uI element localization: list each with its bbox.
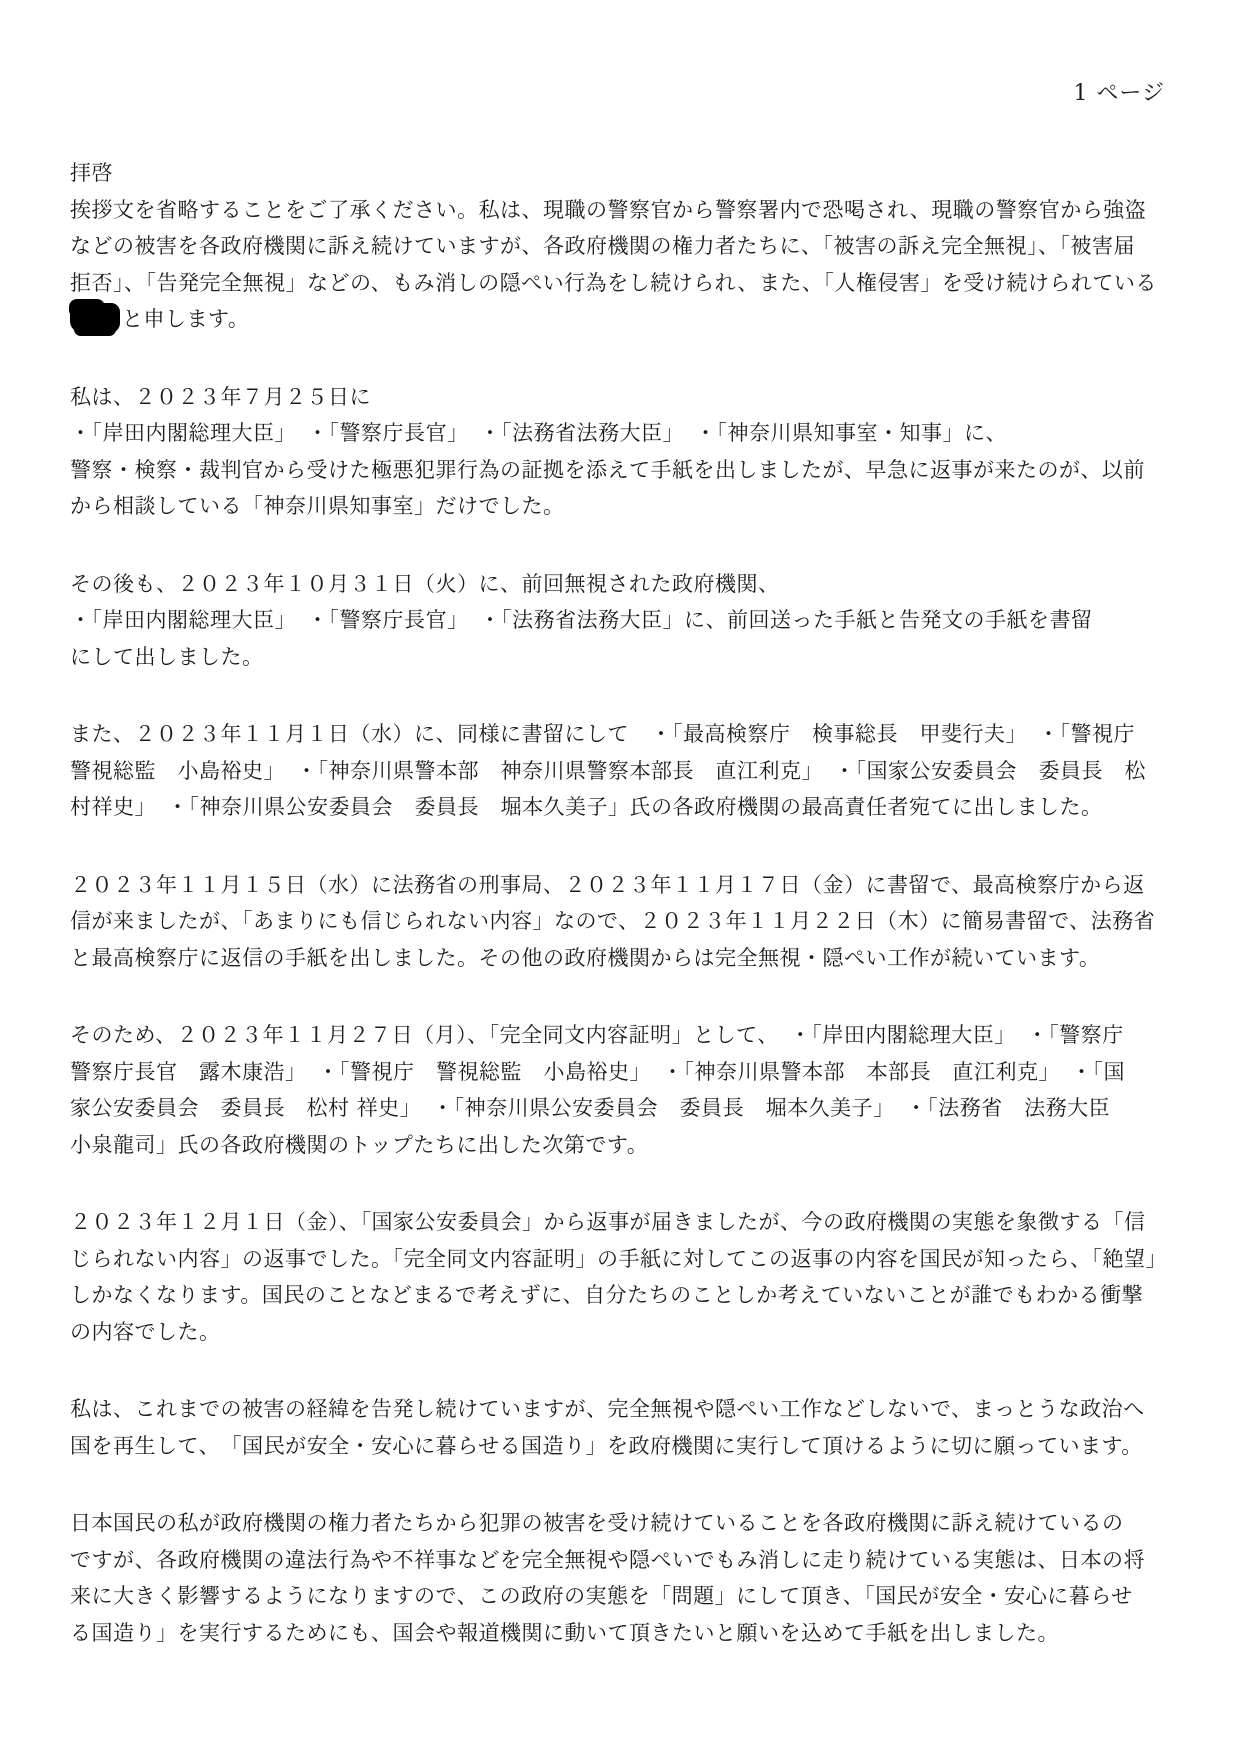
paragraph-appeal-to-diet-and-media: 日本国民の私が政府機関の権力者たちから犯罪の被害を受け続けていることを各政府機関…: [70, 1505, 1172, 1651]
intro-closing: と申します。: [122, 307, 249, 331]
letter-body: 拝啓 挨拶文を省略することをご了承ください。私は、現職の警察官から警察署内で恐喝…: [70, 155, 1172, 1692]
intro-paragraph: 挨拶文を省略することをご了承ください。私は、現職の警察官から警察署内で恐喝され、…: [70, 192, 1172, 338]
paragraph-first-mailing: 私は、２０２３年７月２５日に ・「岸田内閣総理大臣」 ・「警察庁長官」 ・「法務…: [70, 379, 1172, 525]
paragraph-second-mailing: その後も、２０２３年１０月３１日（火）に、前回無視された政府機関、 ・「岸田内閣…: [70, 566, 1172, 676]
page-number: 1 ページ: [1073, 76, 1165, 107]
paragraph-npsc-reply: ２０２３年１２月１日（金）、「国家公安委員会」から返事が届きましたが、今の政府機…: [70, 1204, 1172, 1350]
paragraph-registered-mail-addressees: また、２０２３年１１月１日（水）に、同様に書留にして ・「最高検察庁 検事総長 …: [70, 716, 1172, 826]
redacted-name-marker: [70, 303, 120, 333]
intro-lines: 挨拶文を省略することをご了承ください。私は、現職の警察官から警察署内で恐喝され、…: [70, 198, 1157, 295]
paragraph-replies-received: ２０２３年１１月１５日（水）に法務省の刑事局、２０２３年１１月１７日（金）に書留…: [70, 867, 1172, 977]
salutation: 拝啓: [70, 155, 1172, 192]
paragraph-certified-content-mailing: そのため、２０２３年１１月２７日（月）、「完全同文内容証明」として、 ・「岸田内…: [70, 1017, 1172, 1163]
paragraph-wish-for-government: 私は、これまでの被害の経緯を告発し続けていますが、完全無視や隠ぺい工作などしない…: [70, 1391, 1172, 1464]
scanned-letter-page: 1 ページ 拝啓 挨拶文を省略することをご了承ください。私は、現職の警察官から警…: [0, 0, 1241, 1755]
redacted-line: と申します。: [70, 301, 1172, 338]
